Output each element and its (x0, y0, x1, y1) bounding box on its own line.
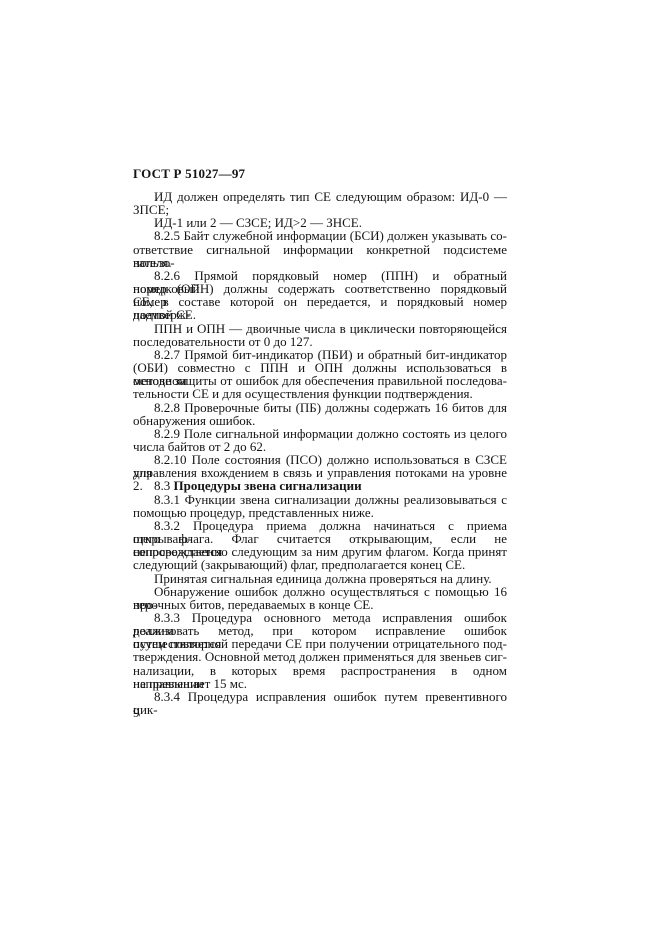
page-number: 9 (133, 705, 140, 721)
standard-designation-header: ГОСТ Р 51027—97 (133, 166, 245, 182)
text-line: Принятая сигнальная единица должна прове… (133, 572, 507, 585)
clause-8-2-5-line: 8.2.5 Байт служебной информации (БСИ) до… (133, 229, 507, 242)
text-line: не превышает 15 мс. (133, 677, 507, 690)
text-line: тверждения. Основной метод должен примен… (133, 650, 507, 663)
text-line: тельности СЕ и для осуществления функции… (133, 387, 507, 400)
text-line: помощью процедур, представленных ниже. (133, 506, 507, 519)
text-line: нализации, в которых время распространен… (133, 664, 507, 677)
document-body: ИД должен определять тип СЕ следующим об… (133, 190, 507, 703)
text-line: ИД должен определять тип СЕ следующим об… (133, 190, 507, 203)
text-line: последовательности от 0 до 127. (133, 335, 507, 348)
clause-8-3-4-line: 8.3.4 Процедура исправления ошибок путем… (133, 690, 507, 703)
text-line: вателя. (133, 256, 507, 269)
text-line: Обнаружение ошибок должно осуществляться… (133, 585, 507, 598)
section-heading-8-3: 8.3 Процедуры звена сигнализации (133, 479, 507, 492)
clause-8-3-1-line: 8.3.1 Функции звена сигнализации должны … (133, 493, 507, 506)
text-line: ответствие сигнальной информации конкрет… (133, 243, 507, 256)
document-page: ГОСТ Р 51027—97 ИД должен определять тип… (0, 0, 661, 935)
clause-8-2-8-line: 8.2.8 Проверочные биты (ПБ) должны содер… (133, 401, 507, 414)
text-line: следующий (закрывающий) флаг, предполага… (133, 558, 507, 571)
text-line: ППН и ОПН — двоичные числа в циклически … (133, 322, 507, 335)
clause-8-2-9-line: 8.2.9 Поле сигнальной информации должно … (133, 427, 507, 440)
text-line: обнаружения ошибок. (133, 414, 507, 427)
text-line: даемой СЕ. (133, 308, 507, 321)
